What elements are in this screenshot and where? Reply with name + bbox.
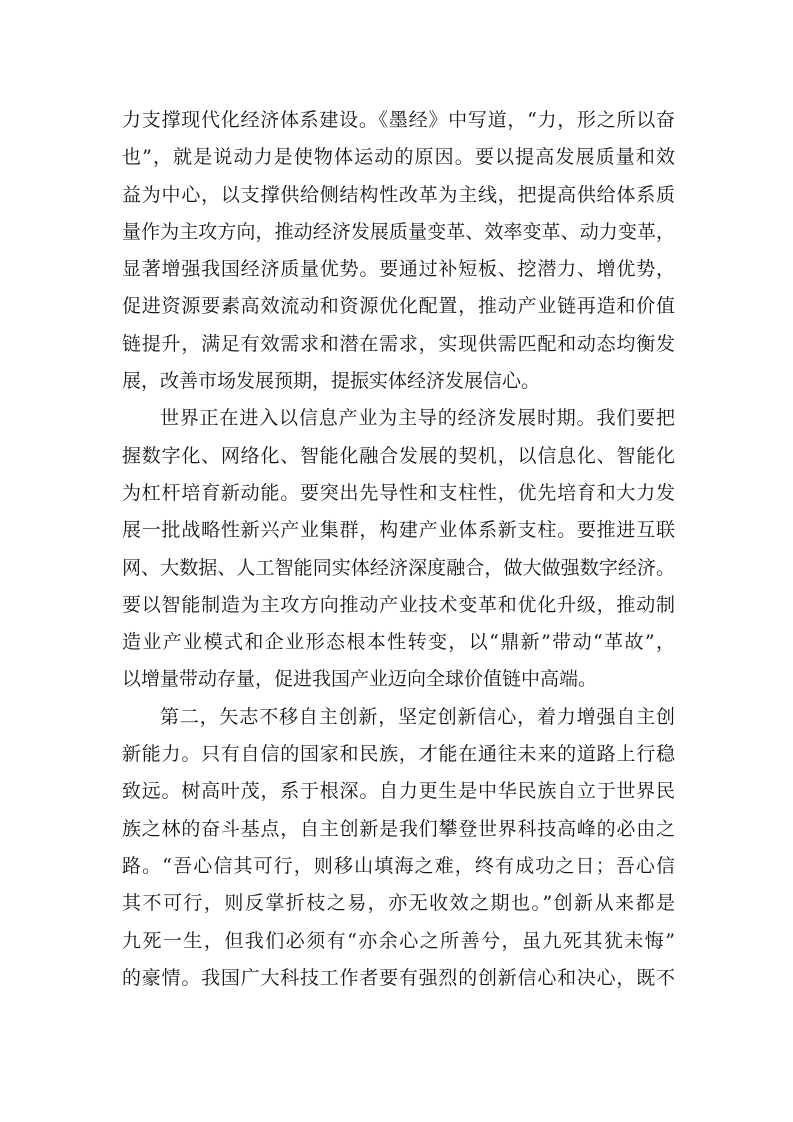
paragraph-information-industry: 世界正在进入以信息产业为主导的经济发展时期。我们要把 握数字化、网络化、智能化融… xyxy=(122,400,675,698)
text-line: 网、大数据、人工智能同实体经济深度融合，做大做强数字经济。 xyxy=(122,550,675,587)
text-line: 展一批战略性新兴产业集群，构建产业体系新支柱。要推进互联 xyxy=(122,512,675,549)
text-line: 益为中心，以支撑供给侧结构性改革为主线，把提高供给体系质 xyxy=(122,177,675,214)
paragraph-independent-innovation: 第二，矢志不移自主创新，坚定创新信心，着力增强自主创 新能力。只有自信的国家和民… xyxy=(122,699,675,997)
text-line: 其不可行，则反掌折枝之易，亦无收效之期也。”创新从来都是 xyxy=(122,885,675,922)
text-line: 展，改善市场发展预期，提振实体经济发展信心。 xyxy=(122,363,675,400)
text-line: 族之林的奋斗基点，自主创新是我们攀登世界科技高峰的必由之 xyxy=(122,811,675,848)
text-line: 致远。树高叶茂，系于根深。自力更生是中华民族自立于世界民 xyxy=(122,773,675,810)
text-line: 世界正在进入以信息产业为主导的经济发展时期。我们要把 xyxy=(122,400,675,437)
text-line: 要以智能制造为主攻方向推动产业技术变革和优化升级，推动制 xyxy=(122,587,675,624)
text-line: 促进资源要素高效流动和资源优化配置，推动产业链再造和价值 xyxy=(122,288,675,325)
text-line: 也”，就是说动力是使物体运动的原因。要以提高发展质量和效 xyxy=(122,139,675,176)
document-body: 力支撑现代化经济体系建设。《墨经》中写道，“力，形之所以奋 也”，就是说动力是使… xyxy=(122,102,675,997)
text-line: 力支撑现代化经济体系建设。《墨经》中写道，“力，形之所以奋 xyxy=(122,102,675,139)
text-line: 显著增强我国经济质量优势。要通过补短板、挖潜力、增优势， xyxy=(122,251,675,288)
paragraph-economic-system: 力支撑现代化经济体系建设。《墨经》中写道，“力，形之所以奋 也”，就是说动力是使… xyxy=(122,102,675,400)
text-line: 的豪情。我国广大科技工作者要有强烈的创新信心和决心，既不 xyxy=(122,960,675,997)
text-line: 为杠杆培育新动能。要突出先导性和支柱性，优先培育和大力发 xyxy=(122,475,675,512)
text-line: 握数字化、网络化、智能化融合发展的契机，以信息化、智能化 xyxy=(122,438,675,475)
text-line: 路。“吾心信其可行，则移山填海之难，终有成功之日；吾心信 xyxy=(122,848,675,885)
document-page: 力支撑现代化经济体系建设。《墨经》中写道，“力，形之所以奋 也”，就是说动力是使… xyxy=(0,0,793,1122)
text-line: 第二，矢志不移自主创新，坚定创新信心，着力增强自主创 xyxy=(122,699,675,736)
text-line: 链提升，满足有效需求和潜在需求，实现供需匹配和动态均衡发 xyxy=(122,326,675,363)
text-line: 造业产业模式和企业形态根本性转变，以“鼎新”带动“革故”， xyxy=(122,624,675,661)
text-line: 量作为主攻方向，推动经济发展质量变革、效率变革、动力变革， xyxy=(122,214,675,251)
text-line: 九死一生，但我们必须有“亦余心之所善兮，虽九死其犹未悔” xyxy=(122,923,675,960)
text-line: 以增量带动存量，促进我国产业迈向全球价值链中高端。 xyxy=(122,661,675,698)
text-line: 新能力。只有自信的国家和民族，才能在通往未来的道路上行稳 xyxy=(122,736,675,773)
